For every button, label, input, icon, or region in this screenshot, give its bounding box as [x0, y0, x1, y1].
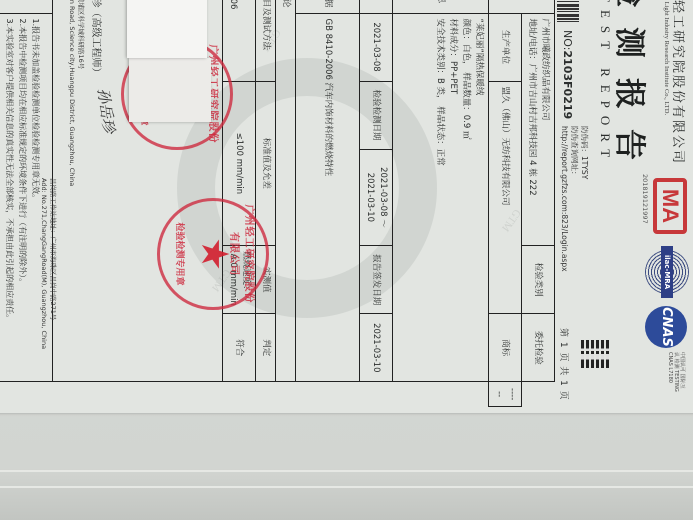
company-name-en: Guangzhou Light Industry Research Instit… [663, 0, 670, 115]
trademark-value: ------ [489, 382, 522, 407]
report-number: NO:2103F0219 [561, 30, 574, 119]
remark-line: 3.本实验室对客户提供相关信息的真实性无法全部核实，不承担由此引起的相应责任。 [3, 19, 16, 377]
qr-code-icon [581, 340, 609, 368]
basis-value: GB 8410-2006 汽车内饰材料的燃烧特性 [296, 13, 360, 382]
anti-fake-url: http://report.gzfzs.com:823/Login.aspx [559, 126, 569, 272]
address-station-en: Add: No.271,ChangGangRoad(M), Guangzhou,… [39, 178, 48, 349]
client-name: 广州市曦政纺织品有限公司 [538, 19, 551, 241]
anti-fake-info: 防伪码：1TYSY 防伪查询网址： http://report.gzfzs.co… [559, 126, 589, 272]
cma-cert-number: 201819121997 [641, 174, 649, 224]
client-label: 委托单位 [489, 0, 555, 13]
basis-label: 检测及判定依据 [296, 0, 360, 13]
report-date: 2021-03-10 [360, 314, 393, 382]
fabric-sample [129, 58, 211, 122]
table-row: 生产单位 盟久（佛山）无纺科技有限公司 商标 ------ [489, 0, 522, 407]
report-title-cn: 检测报告 [610, 0, 655, 180]
page-edge [0, 470, 693, 472]
stamp-bottom-text: 检验检测专用章 [174, 201, 187, 307]
ilac-logo-text: ilac-MRA [661, 246, 673, 298]
client-address: 地址/电话：广州市吉山村吉邦科技园 4 栋 222 [525, 19, 538, 241]
result-item-method: GB 8410-2006 [226, 0, 239, 76]
customer-info-line: “莱妃丽”隔热保暖绒 [472, 19, 485, 377]
table-row: 检测及判定依据 GB 8410-2006 汽车内饰材料的燃烧特性 [296, 0, 360, 407]
address-station-cn: 昌岗路工作站地址：广州市海珠区昌岗中路271号 [48, 178, 57, 349]
report-number-value: 2103F0219 [561, 50, 574, 119]
customer-info: “莱妃丽”隔热保暖绒 颜色：白色， 样品数量：0.9 ㎡ 材料成分：PP+PET… [393, 13, 489, 382]
anti-fake-label: 防伪查询网址： [569, 126, 579, 272]
company-name-cn: 广州轻工研究院股份有限公司 [670, 0, 689, 165]
official-stamp-icon: 广州轻工研究院股份有限公司 ★ 检验检测专用章 [157, 198, 269, 310]
results-header-verdict: 判定 [256, 314, 276, 382]
remark-line: 2.本报告中检测项目均在相应标准规定的环境条件下进行（有注明的除外）。 [16, 19, 29, 377]
producer-label: 生产单位 [489, 13, 522, 81]
report-date-label: 报告签发日期 [360, 246, 393, 314]
approver-name: 孙岳珍（高级工程师） [90, 0, 101, 77]
report-title-en: TEST REPORT [597, 0, 613, 165]
trademark-label: 商标 [489, 314, 522, 382]
table-row: 检验结果及结论 [276, 0, 296, 407]
report-number-label: NO: [561, 30, 574, 50]
page-edge [0, 486, 693, 488]
receipt-date: 2021-03-08 [360, 13, 393, 81]
results-label: 检验结果及结论 [276, 0, 296, 382]
cnas-logo-icon: CNAS [645, 306, 687, 348]
remarks-label: 备注 [0, 0, 53, 13]
table-row: 客户认定信息 “莱妃丽”隔热保暖绒 颜色：白色， 样品数量：0.9 ㎡ 材料成分… [393, 0, 489, 407]
customer-info-line: 材料成分：PP+PET [446, 19, 459, 377]
results-header-item: 检测项目及测试方法 [256, 0, 276, 81]
barcode-icon [557, 0, 579, 24]
star-icon: ★ [196, 237, 234, 271]
test-report-document: GTM GTM GTM GTM GTM 广州轻工研究院股份有限公司 Guangz… [0, 0, 693, 413]
customer-info-label: 客户认定信息 [393, 0, 489, 13]
results-header-row: 检测项目及测试方法 标准值及允差 实测值 判定 [256, 0, 276, 407]
table-row: 收样日期 2021-03-08 检验检测日期 2021-03-08 ～ 2021… [360, 0, 393, 407]
address-hq: 总部地址：广州市黄埔区科学城科研路16号 Add: No.16, Keyan R… [67, 0, 85, 186]
test-type-label: 检验类别 [522, 246, 555, 314]
fabric-sample [127, 0, 207, 58]
cnas-meta: 中国认可 国际互认 检测 TESTING CNAS L7180 [667, 352, 685, 392]
address-hq-en: Add: No.16, Keyan Road, Science city,Hua… [67, 0, 76, 186]
test-date-label: 检验检测日期 [360, 81, 393, 149]
anti-fake-code: 防伪码：1TYSY [579, 126, 589, 272]
receipt-date-label: 收样日期 [360, 0, 393, 13]
result-item-name: 阻燃性能 [239, 0, 252, 76]
approval: 批准： 孙岳珍（高级工程师） [90, 0, 105, 77]
table-row: 委托单位 广州市曦政纺织品有限公司 地址/电话：广州市吉山村吉邦科技园 4 栋 … [522, 0, 555, 407]
test-date: 2021-03-08 ～ 2021-03-10 [360, 149, 393, 246]
client-info: 广州市曦政纺织品有限公司 地址/电话：广州市吉山村吉邦科技园 4 栋 222 [522, 13, 555, 246]
producer-value: 盟久（佛山）无纺科技有限公司 [489, 81, 522, 314]
result-verdict: 符合 [223, 314, 256, 382]
page-info: 第 1 页 共 1 页 [558, 328, 571, 401]
address-station: 昌岗路工作站地址：广州市海珠区昌岗中路271号 Add: No.271,Chan… [39, 178, 57, 349]
address-hq-cn: 总部地址：广州市黄埔区科学城科研路16号 [76, 0, 85, 186]
customer-info-line: 安全技术类别：B 类， 样品状态：正常 [433, 19, 446, 377]
customer-info-line: 颜色：白色， 样品数量：0.9 ㎡ [459, 19, 472, 377]
test-type-value: 委托检验 [522, 314, 555, 382]
cma-logo-icon: MA [653, 178, 687, 234]
